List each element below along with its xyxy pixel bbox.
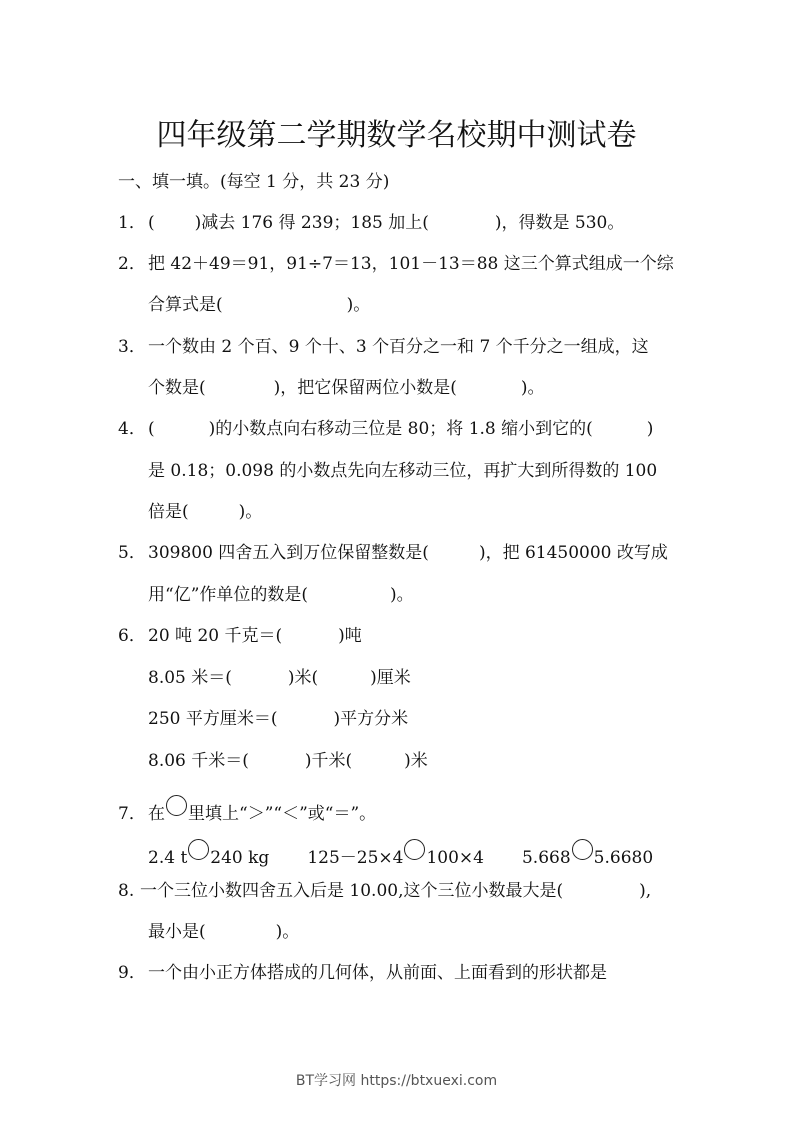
- question-number: 2．: [118, 253, 148, 275]
- question-6: 6．20 吨 20 千克＝()吨: [118, 625, 362, 647]
- question-8: 8.一个三位小数四舍五入后是 10.00,这个三位小数最大是(),: [118, 880, 651, 902]
- question-6-row-4: 8.06 千米＝()千米()米: [148, 750, 428, 772]
- question-number: 9．: [118, 962, 148, 984]
- question-8-line-2: 最小是()。: [148, 921, 299, 943]
- question-number: 6．: [118, 625, 148, 647]
- question-5: 5．309800 四舍五入到万位保留整数是()，把 61450000 改写成: [118, 542, 668, 564]
- question-number: 5．: [118, 542, 148, 564]
- question-3: 3．一个数由 2 个百、9 个十、3 个百分之一和 7 个千分之一组成，这: [118, 336, 649, 358]
- question-1: 1．()减去 176 得 239；185 加上()，得数是 530。: [118, 212, 624, 234]
- question-number: 3．: [118, 336, 148, 358]
- question-6-row-2: 8.05 米＝()米()厘米: [148, 667, 411, 689]
- question-7-comparisons: 2.4 t240 kg125－25×4100×45.6685.6680: [148, 839, 653, 869]
- question-number: 7．: [118, 803, 148, 825]
- question-2: 2．把 42＋49＝91，91÷7＝13，101－13＝88 这三个算式组成一个…: [118, 253, 674, 275]
- question-4-line-2: 是 0.18；0.098 的小数点先向左移动三位，再扩大到所得数的 100: [148, 460, 657, 482]
- question-9: 9．一个由小正方体搭成的几何体，从前面、上面看到的形状都是: [118, 962, 607, 984]
- compare-circle[interactable]: [188, 839, 209, 860]
- question-5-line-2: 用“亿”作单位的数是()。: [148, 584, 414, 606]
- compare-circle[interactable]: [404, 839, 425, 860]
- question-number: 8.: [118, 880, 140, 902]
- compare-circle[interactable]: [572, 839, 593, 860]
- question-4: 4．()的小数点向右移动三位是 80；将 1.8 缩小到它的(): [118, 418, 653, 440]
- question-7: 7．在里填上“＞”“＜”或“＝”。: [118, 795, 376, 825]
- question-number: 4．: [118, 418, 148, 440]
- circle-icon: [166, 795, 187, 816]
- question-6-row-3: 250 平方厘米＝()平方分米: [148, 708, 408, 730]
- page-title: 四年级第二学期数学名校期中测试卷: [0, 110, 793, 154]
- footer-watermark: BT学习网 https://btxuexi.com: [0, 1070, 793, 1090]
- question-3-line-2: 个数是()，把它保留两位小数是()。: [148, 377, 545, 399]
- question-number: 1．: [118, 212, 148, 234]
- question-2-line-2: 合算式是()。: [148, 294, 370, 316]
- question-4-line-3: 倍是()。: [148, 501, 262, 523]
- section-heading: 一、填一填。(每空 1 分，共 23 分): [118, 171, 389, 193]
